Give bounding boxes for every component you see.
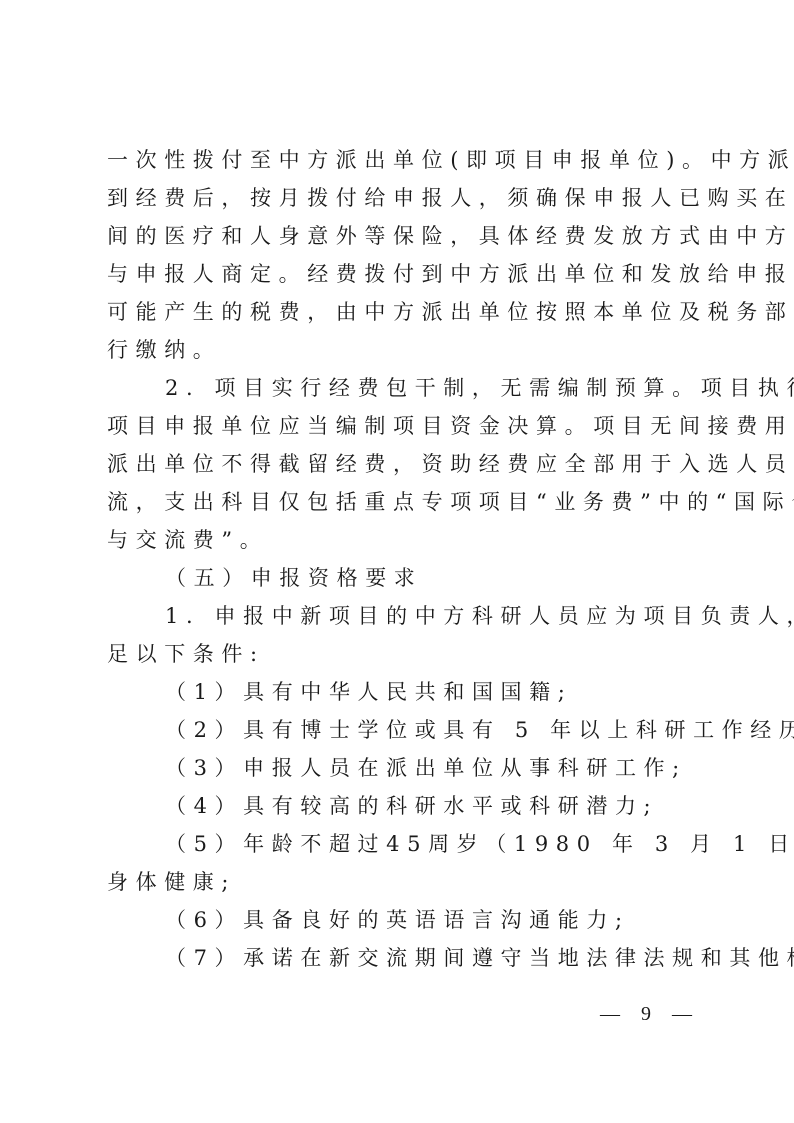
paragraph-line: 间的医疗和人身意外等保险，具体经费发放方式由中方派出单位: [107, 217, 691, 255]
paragraph-line: 1. 申报中新项目的中方科研人员应为项目负责人，需同时满: [107, 597, 691, 635]
list-item: （4）具有较高的科研水平或科研潜力;: [107, 787, 691, 825]
list-item: （7）承诺在新交流期间遵守当地法律法规和其他相关规则，: [107, 939, 691, 977]
list-item: （1）具有中华人民共和国国籍;: [107, 673, 691, 711]
paragraph-line: 足以下条件:: [107, 635, 691, 673]
paragraph-line: 行缴纳。: [107, 331, 691, 369]
list-item: （2）具有博士学位或具有 5 年以上科研工作经历;: [107, 711, 691, 749]
paragraph-line: 到经费后，按月拨付给申报人，须确保申报人已购买在新交流期: [107, 179, 691, 217]
section-heading: （五）申报资格要求: [107, 559, 691, 597]
paragraph-line: 项目申报单位应当编制项目资金决算。项目无间接费用，中方: [107, 407, 691, 445]
paragraph-line: 与交流费”。: [107, 521, 691, 559]
paragraph-line: 可能产生的税费，由中方派出单位按照本单位及税务部门规定进: [107, 293, 691, 331]
paragraph-line: 流，支出科目仅包括重点专项项目“业务费”中的“国际合作: [107, 483, 691, 521]
paragraph-line: 一次性拨付至中方派出单位(即项目申报单位)。中方派出单位收: [107, 141, 691, 179]
paragraph-line: 与申报人商定。经费拨付到中方派出单位和发放给申报人过程中: [107, 255, 691, 293]
paragraph-line: 2. 项目实行经费包干制，无需编制预算。项目执行期满后，: [107, 369, 691, 407]
list-item: （5）年龄不超过45周岁（1980 年 3 月 1 日及以后出生）且: [107, 825, 691, 863]
list-item: （6）具备良好的英语语言沟通能力;: [107, 901, 691, 939]
page-number: — 9 —: [600, 1003, 700, 1026]
paragraph-line: 派出单位不得截留经费，资助经费应全部用于入选人员出访交: [107, 445, 691, 483]
list-item-continuation: 身体健康;: [107, 863, 691, 901]
document-body: 一次性拨付至中方派出单位(即项目申报单位)。中方派出单位收 到经费后，按月拨付给…: [107, 141, 691, 977]
list-item: （3）申报人员在派出单位从事科研工作;: [107, 749, 691, 787]
